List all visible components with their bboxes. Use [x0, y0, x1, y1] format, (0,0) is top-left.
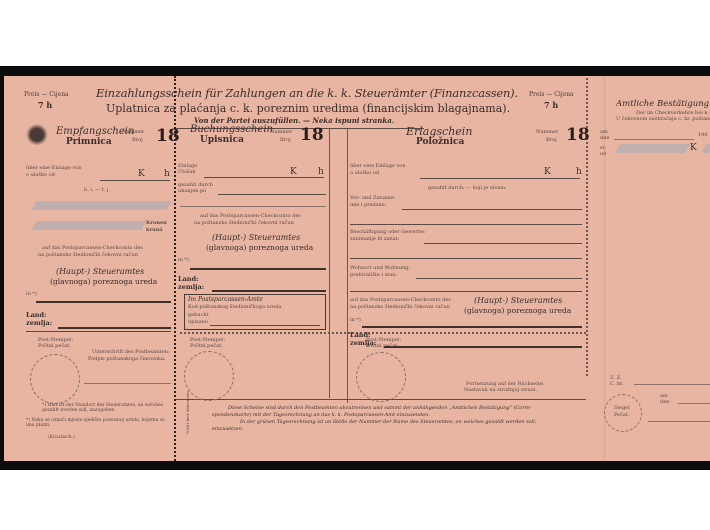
poloznica-number-label-de: Nummer [536, 130, 558, 135]
amtliche-amount-label-hr: od [600, 152, 606, 157]
primnica-title-hr: Primnica [66, 138, 112, 147]
perforation-right [586, 76, 588, 376]
primnica-number: 18 [156, 128, 180, 145]
upisnica-number: 18 [300, 127, 324, 144]
amtliche-ref-label-hr: C. br. [610, 382, 623, 387]
primnica-h: h [164, 170, 170, 179]
primnica-number-label-hr: Broj [132, 138, 143, 143]
amtliche-extra-field[interactable] [648, 421, 710, 422]
upisnica-k: K [290, 168, 297, 177]
primnica-postmark-circle [30, 354, 80, 404]
price-label-left: Preis — Cijena [24, 92, 69, 98]
poloznica-residence-field-2[interactable] [350, 291, 582, 292]
poloznica-h: h [576, 168, 582, 177]
form-sheet: Preis — Cijena 7 h Einzahlungsschein für… [4, 76, 710, 461]
upisnica-postmark-circle [184, 351, 234, 401]
upisnica-title-hr: Upisnica [200, 136, 244, 145]
double-eagle-emblem-icon [26, 123, 48, 149]
poloznica-name-field-2[interactable] [350, 224, 582, 225]
upisnica-side-note: Nicht hier abtrennen [186, 408, 190, 434]
divider-upisnica-poloznica [329, 128, 330, 398]
poloznica-office-de: (Haupt-) Steueramtes [474, 297, 562, 305]
primnica-footnote-2: *) Neka se označi mjesto sjedište porezn… [26, 419, 171, 428]
upisnica-box-title-de: Im Postsparcassen-Amte [188, 297, 263, 303]
poloznica-deposit-hr: o ulošku od [350, 171, 379, 176]
primnica-stamp-hr: Poštni pečat: [38, 344, 71, 349]
upisnica-land-de: Land: [178, 276, 198, 283]
poloznica-k: K [544, 168, 551, 177]
amtliche-amount-field[interactable] [615, 144, 690, 153]
poloznica-occupation-de: Beschäftigung oder Gewerbe: [350, 230, 426, 235]
amtliche-date2-field[interactable] [678, 403, 710, 404]
primnica-account-de: auf das Postsparcassen-Checkconto des [42, 246, 143, 251]
divider-poloznica-left [347, 128, 348, 403]
primnica-kronen-hr: kruná [146, 228, 163, 233]
primnica-bottom-rule [26, 331, 171, 332]
poloznica-residence-de: Wohnort und Wohnung: [350, 266, 410, 271]
amtliche-date2-label-hr: dne [660, 400, 669, 405]
poloznica-residence-hr: prebivalište i stan: [350, 273, 397, 278]
upisnica-number-label-de: Nummer [270, 130, 292, 135]
poloznica-name-hr: ime i prezime: [350, 203, 386, 208]
primnica-deposit-label-de: über eine Einlage von [26, 166, 82, 171]
upisnica-stamp-hr: Poštni pečat: [190, 344, 223, 349]
poloznica-name-field[interactable] [402, 209, 582, 210]
primnica-land-hr: zemlja: [26, 320, 52, 327]
poloznica-in-label: in *) [350, 318, 361, 323]
amtliche-date-field[interactable] [614, 139, 694, 140]
poloznica-amount-field[interactable] [420, 178, 580, 179]
upisnica-rule [180, 206, 326, 207]
footer-line-3: In der grünen Tagesrechnung ist an Stell… [240, 420, 536, 425]
primnica-footnote-3: (Kroatisch.) [48, 436, 75, 441]
amtliche-date-label-hr: dne [600, 136, 609, 141]
primnica-number-label-de: Nummer [122, 130, 144, 135]
primnica-amount-field[interactable] [100, 180, 170, 181]
amtliche-amount-field-2[interactable] [701, 144, 710, 153]
poloznica-office-hr: (glavnoga) poreznoga ureda [464, 307, 571, 315]
upisnica-paidby-field[interactable] [218, 194, 326, 195]
price-label-right: Preis — Cijena [529, 92, 574, 98]
upisnica-h: h [318, 168, 324, 177]
primnica-words-field-2[interactable] [31, 221, 146, 230]
primnica-deposit-label-hr: o uloške od [26, 173, 55, 178]
amtliche-seal-hr: Pečat. [614, 413, 629, 418]
upisnica-office-de: (Haupt-) Steueramtes [212, 234, 300, 242]
title-croatian: Uplatnica za plaćanja c. k. poreznim ure… [106, 103, 510, 114]
poloznica-occupation-field-2[interactable] [350, 258, 582, 259]
poloznica-postmark-circle [356, 352, 406, 402]
upisnica-account-de: auf das Postsparcassen-Checkconto des [200, 214, 301, 219]
upisnica-in-label: in *) [178, 258, 189, 263]
primnica-land-field[interactable] [58, 327, 171, 329]
poloznica-account-hr: na poštansko štedionički čekovni račun [350, 305, 450, 310]
instruction-text: Von der Partei auszufüllen. — Neka ispun… [194, 117, 394, 124]
upisnica-title-de: Buchungsschein [190, 125, 273, 135]
poloznica-deposit-de: über eine Einlage von [350, 164, 406, 169]
poloznica-number-label-hr: Broj [546, 138, 557, 143]
price-value-left: 7 h [38, 101, 52, 109]
poloznica-residence-field[interactable] [416, 278, 582, 279]
poloznica-land-field[interactable] [384, 346, 582, 348]
poloznica-paidby: gezahlt durch: — koji je uloxio: [428, 186, 507, 191]
primnica-signature-de: Unterschrift des Postbeamten: [92, 350, 170, 355]
upisnica-deposit-hr: Ulošak [178, 170, 195, 175]
primnica-kronen-de: Kronen [146, 221, 167, 226]
upisnica-land-hr: zemlja: [178, 284, 204, 291]
poloznica-stamp-hr: Poštni pečat: [366, 344, 399, 349]
primnica-account-hr: na poštansko štedionički čekovni račun [38, 253, 138, 258]
primnica-k: K [138, 170, 145, 179]
amtliche-year: 190 [698, 133, 708, 138]
footer-line-2: spondenzkarte) mit der Tagesrechnung an … [212, 413, 430, 418]
upisnica-in-field[interactable] [190, 268, 326, 270]
tear-line [180, 332, 586, 334]
upisnica-booked-field[interactable] [210, 325, 320, 326]
upisnica-number-label-hr: Broj [280, 138, 291, 143]
primnica-abbr: b. i. — t. j. [84, 188, 110, 193]
upisnica-amount-field[interactable] [204, 177, 324, 178]
poloznica-name-de: Vor- und Zuname: [350, 196, 395, 201]
upisnica-box-title-hr: Kod poštanskog štedioničkoga ureda [188, 305, 281, 310]
footer-line-4: einzusetzen. [212, 427, 244, 432]
poloznica-number: 18 [566, 127, 590, 144]
poloznica-account-de: auf das Postsparcassen-Checkconto des [350, 298, 451, 303]
primnica-in-field[interactable] [36, 301, 171, 303]
primnica-footnote-1: *) Hier ist der Standort des Steueramtes… [42, 404, 170, 413]
price-value-right: 7 h [544, 101, 558, 109]
primnica-signature-hr: Podpis poštanskoga činovnika: [88, 357, 166, 362]
primnica-signature-field[interactable] [84, 383, 171, 384]
upisnica-box-booked-de: gebucht [188, 313, 209, 318]
amtliche-title: Amtliche Bestätigung. — U [616, 100, 710, 109]
poloznica-occupation-hr: zanimanje ili zanat: [350, 237, 399, 242]
poloznica-in-field[interactable] [362, 326, 582, 328]
poloznica-reverse-hr: Nastavak na stražnjoj strani. [464, 388, 537, 393]
upisnica-account-hr: na poštansko štedionički čekovni račun [194, 221, 294, 226]
amtliche-k: K [690, 144, 697, 153]
primnica-office-de: (Haupt-) Steueramtes [56, 268, 144, 276]
amtliche-subtitle-hr: U čekovnom saobraćaju c. kr. poštansk [616, 117, 710, 122]
amtliche-seal-de: Siegel [614, 406, 630, 411]
poloznica-title-hr: Položnica [416, 138, 464, 147]
upisnica-office-hr: (glavnoga) poreznoga ureda [206, 244, 313, 252]
poloznica-occupation-field[interactable] [424, 243, 582, 244]
primnica-words-field-1[interactable] [31, 201, 171, 210]
primnica-land-de: Land: [26, 312, 46, 319]
primnica-in-label: in *) [26, 292, 37, 297]
footer-line-1: Diese Scheine sind durch den Postbeamten… [228, 406, 532, 411]
upisnica-paidby-hr: uhanjen po [178, 189, 206, 194]
upisnica-box-booked-hr: upisano [188, 320, 208, 325]
title-german: Einzahlungsschein für Zahlungen an die k… [96, 88, 518, 100]
amtliche-ref-field[interactable] [634, 384, 710, 385]
poloznica-title-de: Erlagschein [406, 126, 472, 137]
upisnica-land-field[interactable] [212, 290, 326, 292]
primnica-office-hr: (glavnoga) poreznoga ureda [50, 278, 157, 286]
